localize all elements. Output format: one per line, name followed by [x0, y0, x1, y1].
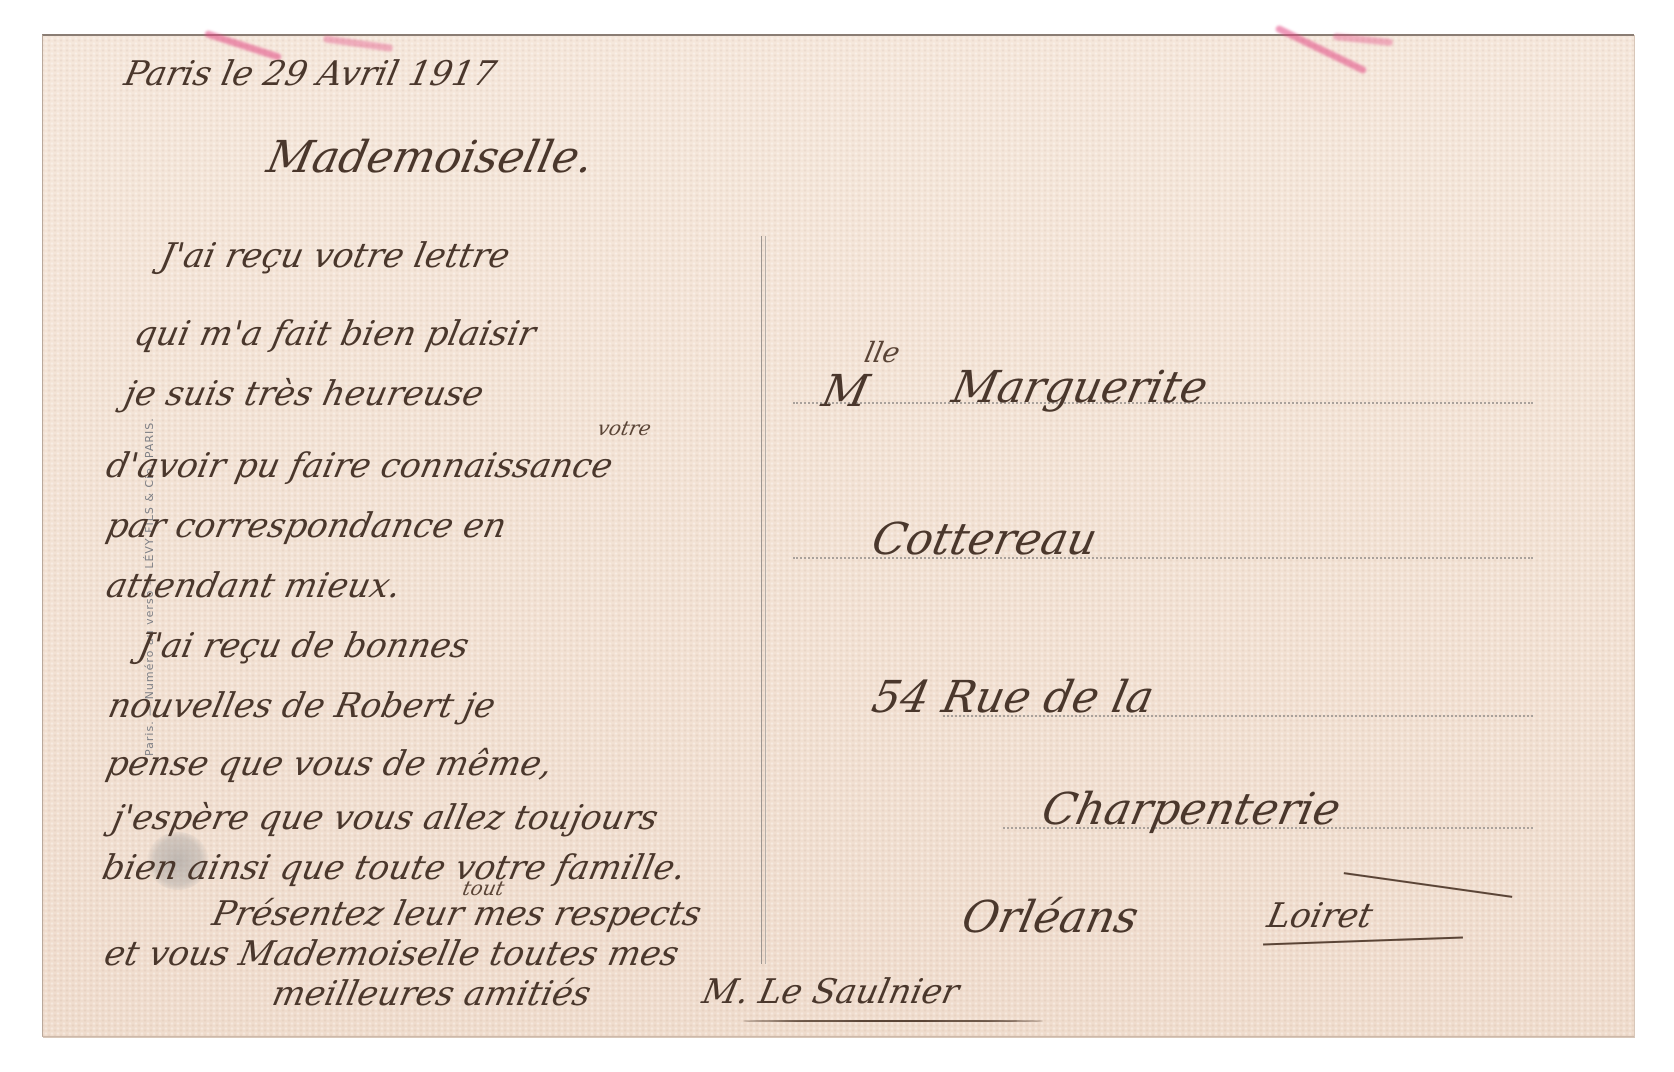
message-line: je suis très heureuse — [121, 374, 488, 414]
message-line: J'ai reçu votre lettre — [157, 236, 514, 276]
message-line: j'espère que vous allez toujours — [109, 798, 662, 838]
message-line: par correspondance en — [103, 506, 510, 546]
message-line: attendant mieux. — [103, 566, 405, 606]
recipient-first-name: Marguerite — [948, 362, 1213, 413]
address-street: 54 Rue de la — [868, 672, 1159, 723]
message-line: bien ainsi que toute votre famille. — [99, 848, 690, 888]
dateline: Paris le 29 Avril 1917 — [121, 54, 500, 94]
recipient-title: M — [818, 366, 874, 417]
postmark-trace — [1275, 24, 1368, 74]
signature-underline — [743, 1020, 1043, 1022]
message-line: qui m'a fait bien plaisir — [131, 314, 540, 354]
message-line: Présentez leur mes respects — [209, 894, 705, 934]
department-underline — [1263, 937, 1463, 946]
message-line: meilleures amitiés — [269, 974, 595, 1014]
recipient-title-superscript: lle — [861, 336, 902, 369]
interlinear-insertion: votre — [595, 416, 653, 440]
address-city: Orléans — [958, 892, 1143, 943]
address-street-cont: Charpenterie — [1038, 784, 1346, 835]
center-divider — [761, 236, 766, 964]
salutation: Mademoiselle. — [263, 132, 598, 183]
message-line: d'avoir pu faire connaissance — [103, 446, 617, 486]
message-line: et vous Mademoiselle toutes mes — [101, 934, 683, 974]
department-flourish — [1344, 872, 1513, 898]
address-department: Loiret — [1264, 896, 1376, 936]
message-line: nouvelles de Robert je — [105, 686, 499, 726]
signature: M. Le Saulnier — [699, 972, 963, 1012]
postmark-trace — [323, 35, 393, 52]
recipient-surname: Cottereau — [868, 514, 1102, 565]
postmark-trace — [1333, 33, 1393, 46]
message-line: J'ai reçu de bonnes — [135, 626, 473, 666]
message-line: pense que vous de même, — [103, 744, 556, 784]
postcard: Paris. — Numéro au verso — LÉVY FILS & C… — [42, 34, 1634, 1037]
